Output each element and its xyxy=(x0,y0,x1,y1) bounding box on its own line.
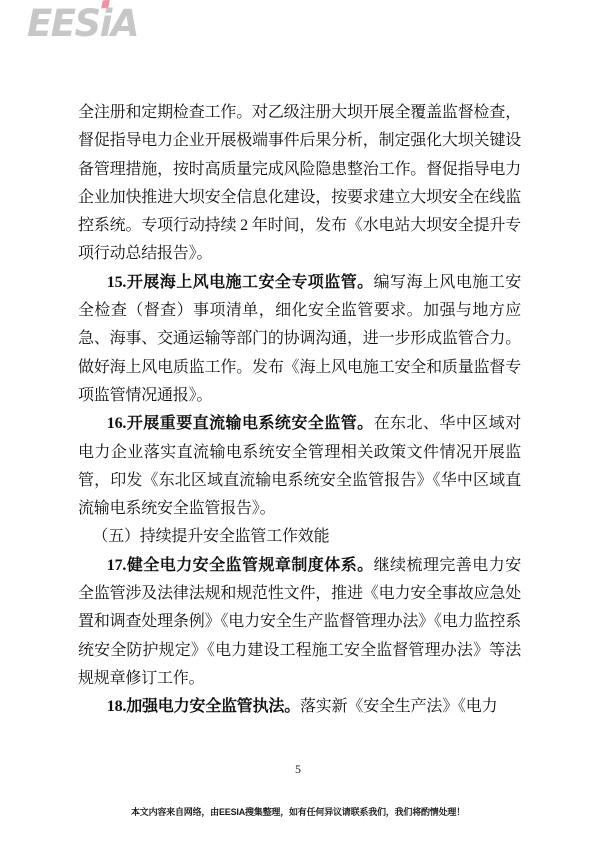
section-subheading: （五）持续提升安全监管工作效能 xyxy=(78,523,521,551)
paragraph-heading: 16.开展重要直流输电系统安全监管。 xyxy=(107,415,374,432)
paragraph-heading: 18.加强电力安全监管执法。 xyxy=(107,698,300,715)
document-page: EESiA 全注册和定期检查工作。对乙级注册大坝开展全覆盖监督检查，督促指导电力… xyxy=(0,0,596,842)
paragraph-item-17: 17.健全电力安全监管规章制度体系。继续梳理完善电力安全监管涉及法律法规和规范性… xyxy=(78,552,521,693)
paragraph-item-16: 16.开展重要直流输电系统安全监管。在东北、华中区域对电力企业落实直流输电系统安… xyxy=(78,410,521,523)
subheading-text: （五）持续提升安全监管工作效能 xyxy=(92,528,329,545)
footer-disclaimer: 本文内容来自网络，由EESIA搜集整理，如有任何异议请联系我们，我们将酌情处理！ xyxy=(0,805,596,818)
paragraph-item-18: 18.加强电力安全监管执法。落实新《安全生产法》《电力 xyxy=(78,693,521,721)
document-body: 全注册和定期检查工作。对乙级注册大坝开展全覆盖监督检查，督促指导电力企业开展极端… xyxy=(78,99,521,722)
paragraph-heading: 15.开展海上风电施工安全专项监管。 xyxy=(107,274,374,291)
logo-letter-i: i xyxy=(100,4,111,44)
paragraph-text: 继续梳理完善电力安全监管涉及法律法规和规范性文件，推进《电力安全事故应急处置和调… xyxy=(78,557,521,687)
logo-letters-post: A xyxy=(111,2,138,45)
paragraph-text: 全注册和定期检查工作。对乙级注册大坝开展全覆盖监督检查，督促指导电力企业开展极端… xyxy=(78,104,521,262)
paragraph-text: 落实新《安全生产法》《电力 xyxy=(300,698,497,715)
paragraph-item-15: 15.开展海上风电施工安全专项监管。编写海上风电施工安全检查（督查）事项清单，细… xyxy=(78,269,521,410)
logo-pink-dot-icon xyxy=(101,0,110,8)
paragraph-text: 编写海上风电施工安全检查（督查）事项清单，细化安全监管要求。加强与地方应急、海事… xyxy=(78,274,521,404)
paragraph-continued: 全注册和定期检查工作。对乙级注册大坝开展全覆盖监督检查，督促指导电力企业开展极端… xyxy=(78,99,521,269)
logo-letters-pre: EES xyxy=(27,2,100,45)
paragraph-heading: 17.健全电力安全监管规章制度体系。 xyxy=(107,557,374,574)
eesia-logo: EESiA xyxy=(27,4,138,44)
page-number: 5 xyxy=(0,762,596,777)
